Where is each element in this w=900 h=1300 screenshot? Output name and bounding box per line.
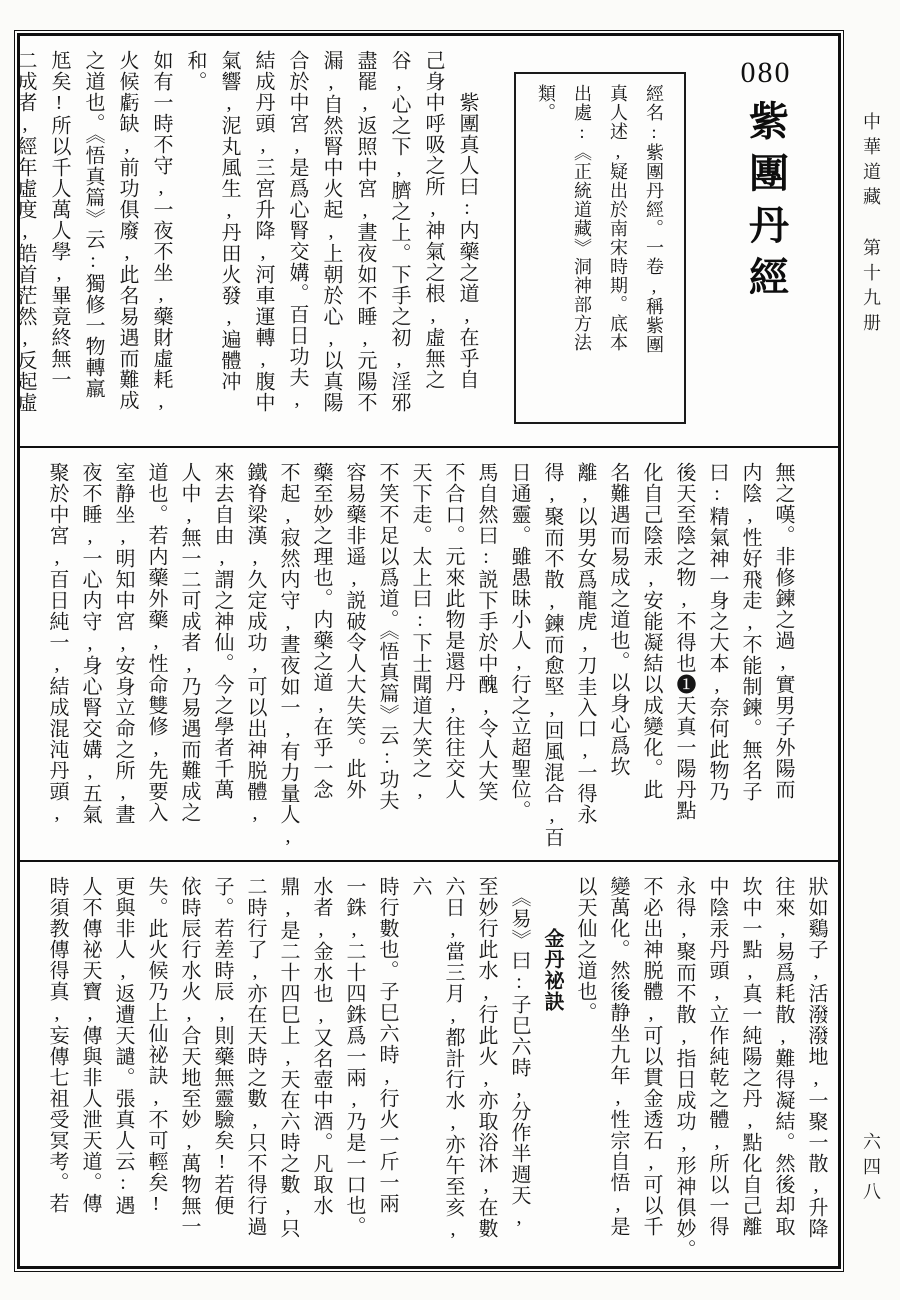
text-column: 不笑不足以爲道。《悟真篇》云:功夫 <box>370 462 403 854</box>
bibliographic-note-box: 經名:紫團丹經。一卷,稱紫團真人述,疑出於南宋時期。底本出處:《正統道藏》洞神部… <box>514 72 686 424</box>
register-top-columns: 紫團真人曰:内藥之道,在乎自己身中呼吸之所,神氣之根,虛無之谷,心之下,臍之上。… <box>20 50 484 430</box>
text-column: 以天仙之道也。 <box>568 876 601 1260</box>
text-column: 馬自然曰:説下手於中醜,令人大笑 <box>469 462 502 854</box>
text-column: 離,以男女爲龍虎,刀圭入口,一得永 <box>568 462 601 854</box>
text-column: 至妙行此水,行此火,亦取浴沐,在數 <box>469 876 502 1260</box>
text-column: 失。此火候乃上仙祕訣,不可輕矣! <box>139 876 172 1260</box>
text-column: 谷,心之下,臍之上。下手之初,淫邪 <box>382 50 416 430</box>
right-margin: 中華道藏 第十九册 六四八 <box>846 0 900 1300</box>
text-column: 名難遇而易成之道也。以身心爲坎 <box>601 462 634 854</box>
collection-block: 中華道藏 第十九册 <box>858 112 884 338</box>
page-number: 六四八 <box>858 1132 884 1207</box>
text-column: 真人述,疑出於南宋時期。底本 <box>600 84 636 412</box>
text-column: 容易藥非遥,説破令人大失笑。此外 <box>337 462 370 854</box>
text-column: 化自己陰汞,安能凝結以成變化。此 <box>634 462 667 854</box>
text-column: 二成者,經年虛度,皓首茫然,反起虛 <box>20 50 42 430</box>
text-column: 鐵脊梁漢,久定成功,可以出神脱體, <box>238 462 271 854</box>
volume-label: 第十九册 <box>858 238 884 338</box>
text-column: 室静坐,明知中宮,安身立命之所,晝 <box>106 462 139 854</box>
text-column: 水者,金水也,又名壺中酒。凡取水 <box>304 876 337 1260</box>
text-column: 時須教傳得真,妄傳七祖受冥考。若 <box>40 876 73 1260</box>
register-bottom-columns: 狀如鷄子,活潑潑地,一聚一散,升降往來,易爲耗散,難得凝結。然後却取坎中一點,真… <box>40 876 832 1260</box>
text-column: 如有一時不守,一夜不坐,藥財虛耗, <box>144 50 178 430</box>
text-column: 盡罷,返照中宮,晝夜如不睡,元陽不 <box>348 50 382 430</box>
text-column: 人不傳祕天寶,傳與非人泄天道。傳 <box>73 876 106 1260</box>
text-column: 更與非人,返遭天譴。張真人云:遇 <box>106 876 139 1260</box>
scanned-page: 中華道藏 第十九册 六四八 080 紫團丹經 經名:紫團丹經。一卷,稱紫團真人述… <box>0 0 900 1300</box>
title-block: 080 紫團丹經 <box>714 56 818 308</box>
text-column: 尪矣!所以千人萬人學,畢竟終無一 <box>42 50 76 430</box>
text-column: 天下走。太上曰:下士聞道大笑之, <box>403 462 436 854</box>
text-column: 結成丹頭,三宮升降,河車運轉,腹中 <box>246 50 280 430</box>
text-column: 日通靈。雖愚昧小人,行之立超聖位。 <box>502 462 535 854</box>
section-heading: 金丹祕訣 <box>535 876 568 1260</box>
register-middle-columns: 無之嘆。非修鍊之過,實男子外陽而内陰,性好飛走,不能制鍊。無名子曰:精氣神一身之… <box>40 462 799 854</box>
text-column: 曰:精氣神一身之大本,奈何此物乃 <box>700 462 733 854</box>
text-column: 坎中一點,真一純陽之丹,點化自己離 <box>733 876 766 1260</box>
text-column: 後天至陰之物,不得也❶天真一陽丹點 <box>667 462 700 854</box>
text-column: 二時行了,亦在天時之數,只不得行過 <box>238 876 271 1260</box>
register-bottom: 狀如鷄子,活潑潑地,一聚一散,升降往來,易爲耗散,難得凝結。然後却取坎中一點,真… <box>20 862 838 1266</box>
folio-block: 六四八 <box>858 1132 884 1207</box>
text-column: 一銖,二十四銖爲一兩,乃是一口也。 <box>337 876 370 1260</box>
text-column: 不必出神脱體,可以貫金透石,可以千 <box>634 876 667 1260</box>
text-column: 類。 <box>528 84 564 412</box>
text-column: 道也。若内藥外藥,性命雙修,先要入 <box>139 462 172 854</box>
text-column: 《易》曰:子巳六時,分作半週天, <box>502 876 535 1260</box>
register-bottom-part-b: 《易》曰:子巳六時,分作半週天,至妙行此水,行此火,亦取浴沐,在數六日,當三月,… <box>40 876 535 1260</box>
register-top: 080 紫團丹經 經名:紫團丹經。一卷,稱紫團真人述,疑出於南宋時期。底本出處:… <box>20 36 838 448</box>
text-column: 合於中宮,是爲心腎交媾。百日功夫, <box>280 50 314 430</box>
text-column: 無之嘆。非修鍊之過,實男子外陽而 <box>766 462 799 854</box>
text-column: 不合口。元來此物是還丹,往往交人 <box>436 462 469 854</box>
collection-title: 中華道藏 <box>858 112 884 212</box>
text-serial-number: 080 <box>714 56 818 90</box>
text-column: 氣響,泥丸風生,丹田火發,遍體冲和。 <box>178 50 246 430</box>
text-column: 往來,易爲耗散,難得凝結。然後却取 <box>766 876 799 1260</box>
register-top-layout: 080 紫團丹經 經名:紫團丹經。一卷,稱紫團真人述,疑出於南宋時期。底本出處:… <box>40 50 818 440</box>
text-column: 鼎,是二十四巳上,天在六時之數,只 <box>271 876 304 1260</box>
text-column: 火候虧缺,前功俱廢,此名易遇而難成 <box>110 50 144 430</box>
text-column: 己身中呼吸之所,神氣之根,虛無之 <box>416 50 450 430</box>
note-columns: 經名:紫團丹經。一卷,稱紫團真人述,疑出於南宋時期。底本出處:《正統道藏》洞神部… <box>528 84 672 412</box>
register-bottom-part-a: 狀如鷄子,活潑潑地,一聚一散,升降往來,易爲耗散,難得凝結。然後却取坎中一點,真… <box>568 876 832 1260</box>
text-column: 永得,聚而不散,指日成功,形神俱妙。 <box>667 876 700 1260</box>
text-column: 不起,寂然内守,晝夜如一,有力量人, <box>271 462 304 854</box>
text-column: 人中,無一二可成者,乃易遇而難成之 <box>172 462 205 854</box>
page-title: 紫團丹經 <box>738 100 795 308</box>
text-column: 聚於中宮,百日純一,結成混沌丹頭, <box>40 462 73 854</box>
text-column: 漏,自然腎中火起,上朝於心,以真陽 <box>314 50 348 430</box>
text-column: 出處:《正統道藏》洞神部方法 <box>564 84 600 412</box>
text-column: 紫團真人曰:内藥之道,在乎自 <box>450 50 484 430</box>
text-column: 變萬化。然後静坐九年,性宗自悟,是 <box>601 876 634 1260</box>
text-column: 内陰,性好飛走,不能制鍊。無名子 <box>733 462 766 854</box>
text-column: 之道也。《悟真篇》云:獨修一物轉羸 <box>76 50 110 430</box>
text-column: 依時辰行水火,合天地至妙,萬物無一 <box>172 876 205 1260</box>
text-column: 夜不睡,一心内守,身心腎交媾,五氣 <box>73 462 106 854</box>
text-column: 狀如鷄子,活潑潑地,一聚一散,升降 <box>799 876 832 1260</box>
text-column: 六日,當三月,都計行水,亦午至亥,六 <box>403 876 469 1260</box>
text-column: 藥至妙之理也。内藥之道,在乎一念 <box>304 462 337 854</box>
text-column: 得,聚而不散,鍊而愈堅,回風混合,百 <box>535 462 568 854</box>
text-column: 時行數也。子巳六時,行火一斤一兩 <box>370 876 403 1260</box>
text-column: 經名:紫團丹經。一卷,稱紫團 <box>636 84 672 412</box>
page-frame: 080 紫團丹經 經名:紫團丹經。一卷,稱紫團真人述,疑出於南宋時期。底本出處:… <box>14 30 844 1272</box>
text-column: 子。若差時辰,則藥無靈驗矣!若便 <box>205 876 238 1260</box>
text-column: 來去自由,謂之神仙。今之學者千萬 <box>205 462 238 854</box>
page-frame-inner: 080 紫團丹經 經名:紫團丹經。一卷,稱紫團真人述,疑出於南宋時期。底本出處:… <box>17 33 841 1269</box>
register-middle: 無之嘆。非修鍊之過,實男子外陽而内陰,性好飛走,不能制鍊。無名子曰:精氣神一身之… <box>20 448 838 862</box>
text-column: 中陰汞丹頭,立作純乾之體,所以一得 <box>700 876 733 1260</box>
